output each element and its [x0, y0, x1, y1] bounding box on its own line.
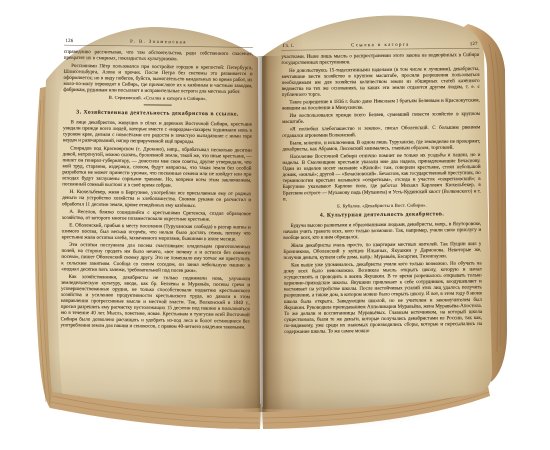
book-photo: 126 Р. В. Знаменская справедливо рассчит…	[0, 0, 550, 450]
paragraph: Не довольствуясь 15-тидесятинными надела…	[281, 66, 479, 98]
paragraph: Будучи высоко развитыми и образованными …	[283, 221, 481, 241]
left-page-header: 126 Р. В. Знаменская	[64, 38, 253, 48]
paragraph: Жили декабристы очень просто, по квартир…	[283, 241, 481, 261]
paragraph: Как хозяйственники, декабристы не только…	[61, 274, 251, 331]
section-divider	[144, 104, 172, 105]
citation: В. Сермяжский. «Ссылка и каторга в Сибир…	[63, 94, 252, 102]
paragraph: Эти остатки послужили для посева счастли…	[61, 242, 250, 275]
citation: Б. Кубалов. «Декабристы в Вост. Сибири».	[283, 202, 481, 210]
section-3-heading: 3. Хозяйственная деятельность декабристо…	[63, 109, 252, 118]
section-4-heading: 4. Культурная деятельность декабристов.	[283, 210, 481, 219]
right-page-number: 127	[467, 41, 478, 47]
paragraph: Им воспользовался прежде всего Беляев, с…	[282, 111, 480, 125]
paragraph: Россиянами Пётр пользовался при постройк…	[63, 63, 252, 96]
left-running-head: Р. В. Знаменская	[130, 39, 187, 45]
paragraph: Н. Кюхельбекер, живя в Баргузине, употре…	[62, 189, 251, 209]
paragraph: В лице декабристов, живущих в сёлах и де…	[63, 119, 252, 146]
paragraph: участками. Ныне лишь мысль о распростран…	[281, 52, 479, 66]
paragraph: Как выше уже упоминалось, декабристы учи…	[284, 260, 483, 335]
left-page-number: 126	[65, 38, 76, 44]
right-chapter-label: Гл. I.	[283, 43, 295, 49]
paragraph: Население Восточной Сибири отлично помни…	[282, 152, 480, 203]
paragraph: Е. Оболенский, прибыв к месту поселения …	[62, 222, 251, 242]
book-drop-shadow	[34, 392, 508, 436]
right-page: Гл. I. Ссылка и каторга 127 участками. Н…	[281, 41, 483, 381]
paragraph: А. Веселов, близко сошедшийся с крестьян…	[62, 209, 251, 223]
paragraph: справедливо рассчитывая, что там обстоят…	[64, 49, 253, 63]
left-page: 126 Р. В. Знаменская справедливо рассчит…	[60, 38, 253, 376]
paragraph: Такое разрешение в 1836 г. было дано Ник…	[282, 97, 480, 111]
paragraph: Были, конечно, и исключения. В одном лиш…	[282, 138, 480, 152]
paragraph: «Я полюбил хлебопашество и землю», писал…	[282, 125, 480, 139]
right-page-header: Гл. I. Ссылка и каторга 127	[281, 41, 479, 51]
paragraph: Спиридов под Красноярском (с. Дрокино), …	[62, 145, 252, 190]
left-page-stack-edge	[35, 86, 58, 408]
right-running-head: Ссылка и каторга	[351, 42, 410, 48]
